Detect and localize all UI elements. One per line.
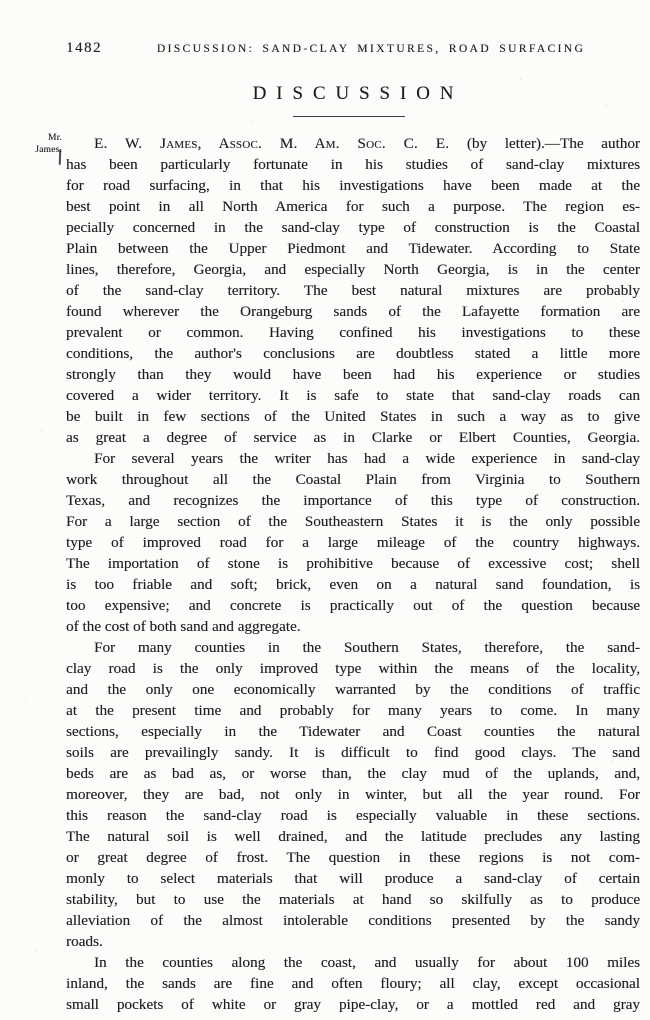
text-line: For many counties in the Southern States…: [66, 637, 640, 658]
text-line: work throughout all the Coastal Plain fr…: [66, 469, 640, 490]
text-line: Plain between the Upper Piedmont and Tid…: [66, 238, 640, 259]
text-line: For several years the writer has had a w…: [66, 448, 640, 469]
text-line: soils are prevailingly sandy. It is diff…: [66, 742, 640, 763]
running-title: DISCUSSION: SAND-CLAY MIXTURES, ROAD SUR…: [102, 43, 640, 55]
text-line: has been particularly fortunate in his s…: [66, 154, 640, 175]
text-line: roads.: [66, 931, 640, 952]
text-line: sections, especially in the Tidewater an…: [66, 721, 640, 742]
text-line: covered a wider territory. It is safe to…: [66, 385, 640, 406]
text-line: monly to select materials that will prod…: [66, 868, 640, 889]
page-number: 1482: [66, 40, 102, 57]
text-line: too expensive; and concrete is practical…: [66, 595, 640, 616]
text-line: Texas, and recognizes the importance of …: [66, 490, 640, 511]
text-line: type of improved road for a large mileag…: [66, 532, 640, 553]
text-line: moreover, they are bad, not only in wint…: [66, 784, 640, 805]
text-line: alleviation of the almost intolerable co…: [66, 910, 640, 931]
text-line: The natural soil is well drained, and th…: [66, 826, 640, 847]
text-line: best point in all North America for such…: [66, 196, 640, 217]
title-rule: [293, 116, 405, 117]
text-line: this reason the sand-clay road is especi…: [66, 805, 640, 826]
text-line: strongly than they would have been had h…: [66, 364, 640, 385]
text-line: of the cost of both sand and aggregate.: [66, 616, 640, 637]
text-line: The importation of stone is prohibitive …: [66, 553, 640, 574]
text-line: In the counties along the coast, and usu…: [66, 952, 640, 973]
text-line: For a large section of the Southeastern …: [66, 511, 640, 532]
text-line: small pockets of white or gray pipe-clay…: [66, 994, 640, 1015]
text-line: or great degree of frost. The question i…: [66, 847, 640, 868]
text-line: at the present time and probably for man…: [66, 700, 640, 721]
text-line: found wherever the Orangeburg sands of t…: [66, 301, 640, 322]
text-line: and the only one economically warranted …: [66, 679, 640, 700]
text-line: lines, therefore, Georgia, and especiall…: [66, 259, 640, 280]
margin-note: Mr. James.: [14, 133, 62, 156]
page-header: 1482 DISCUSSION: SAND-CLAY MIXTURES, ROA…: [66, 40, 640, 57]
text-line: clay road is the only improved type with…: [66, 658, 640, 679]
text-line: inland, the sands are fine and often flo…: [66, 973, 640, 994]
paragraph: E. W. James, Assoc. M. Am. Soc. C. E. (b…: [66, 133, 640, 448]
author-name-smallcaps: E. W. James, Assoc. M. Am. Soc. C. E.: [94, 135, 449, 152]
text-line: for road surfacing, in that his investig…: [66, 175, 640, 196]
text-line: is too friable and soft; brick, even on …: [66, 574, 640, 595]
text-line: conditions, the author's conclusions are…: [66, 343, 640, 364]
paragraph: For several years the writer has had a w…: [66, 448, 640, 637]
body-text: E. W. James, Assoc. M. Am. Soc. C. E. (b…: [66, 133, 640, 1015]
margin-note-line2: James.: [14, 145, 62, 157]
text-line: as great a degree of service as in Clark…: [66, 427, 640, 448]
margin-note-line1: Mr.: [14, 133, 62, 145]
text-line: beds are as bad as, or worse than, the c…: [66, 763, 640, 784]
text-line: stability, but to use the materials at h…: [66, 889, 640, 910]
paragraph: For many counties in the Southern States…: [66, 637, 640, 952]
document-page: 1482 DISCUSSION: SAND-CLAY MIXTURES, ROA…: [0, 0, 650, 1020]
scan-speckles: [0, 0, 2, 2]
text-line: E. W. James, Assoc. M. Am. Soc. C. E. (b…: [66, 133, 640, 154]
section-title: DISCUSSION: [66, 83, 640, 105]
paragraph: In the counties along the coast, and usu…: [66, 952, 640, 1015]
text-line: of the sand-clay territory. The best nat…: [66, 280, 640, 301]
text-line: prevalent or common. Having confined his…: [66, 322, 640, 343]
text-line: be built in few sections of the United S…: [66, 406, 640, 427]
text-line: pecially concerned in the sand-clay type…: [66, 217, 640, 238]
